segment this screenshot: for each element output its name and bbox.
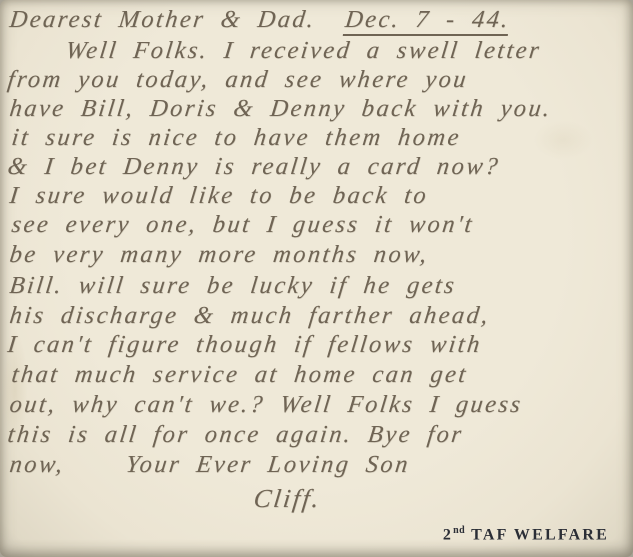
salutation: Dearest Mother & Dad. (8, 6, 317, 33)
letter-line: that much service at home can get (10, 361, 469, 389)
letter-scan: Dearest Mother & Dad. Dec. 7 - 44. Well … (0, 0, 633, 557)
letter-line: & I bet Denny is really a card now? (6, 153, 501, 181)
letter-heading-row: Dearest Mother & Dad. Dec. 7 - 44. (8, 6, 512, 34)
letter-line: it sure is nice to have them home (10, 124, 463, 152)
letter-line: I can't figure though if fellows with (6, 331, 483, 359)
letter-line: Well Folks. I received a swell letter (64, 37, 543, 65)
stamp-ordinal: nd (453, 525, 465, 536)
letter-date: Dec. 7 - 44. (343, 6, 511, 36)
letter-line: see every one, but I guess it won't (10, 211, 476, 239)
letter-paper: Dearest Mother & Dad. Dec. 7 - 44. Well … (0, 0, 633, 557)
letter-line: be very many more months now, (8, 241, 430, 269)
stamp-number: 2 (443, 526, 453, 543)
stationery-stamp: 2nd TAF WELFARE (443, 525, 609, 544)
paper-stain (533, 120, 593, 160)
stamp-text: TAF WELFARE (471, 526, 609, 543)
letter-line: from you today, and see where you (6, 66, 470, 94)
letter-line: his discharge & much farther ahead, (8, 302, 492, 330)
closing-prefix: now, (8, 451, 66, 478)
letter-line: have Bill, Doris & Denny back with you. (8, 95, 553, 123)
signature: Cliff. (252, 484, 323, 514)
letter-closing-row: now, Your Ever Loving Son (8, 451, 412, 479)
closing-phrase: Your Ever Loving Son (124, 451, 411, 478)
letter-line: Bill. will sure be lucky if he gets (8, 272, 458, 300)
letter-line: out, why can't we.? Well Folks I guess (8, 391, 524, 419)
letter-line: this is all for once again. Bye for (6, 421, 465, 449)
letter-line: I sure would like to be back to (8, 182, 430, 210)
